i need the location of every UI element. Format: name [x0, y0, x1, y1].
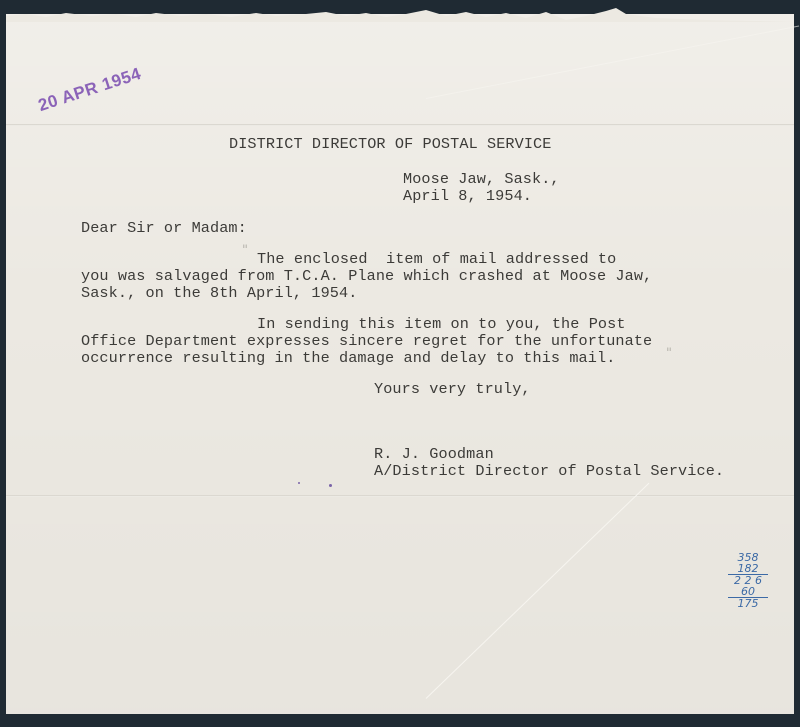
letter-location: Moose Jaw, Sask.,	[403, 171, 560, 188]
paragraph1-line3: Sask., on the 8th April, 1954.	[81, 285, 357, 302]
calc-line: 60	[728, 586, 768, 597]
handwritten-calculation: 358 182 2 2 6 60 175	[728, 552, 768, 609]
letter-heading: DISTRICT DIRECTOR OF POSTAL SERVICE	[229, 136, 552, 153]
calc-line: 182	[728, 563, 768, 574]
paragraph2-line3: occurrence resulting in the damage and d…	[81, 350, 615, 367]
paragraph1-line2: you was salvaged from T.C.A. Plane which…	[81, 268, 652, 285]
letter-date: April 8, 1954.	[403, 188, 532, 205]
salutation: Dear Sir or Madam:	[81, 220, 247, 237]
fold-line-top	[6, 124, 794, 126]
paragraph1-line1: The enclosed item of mail addressed to	[257, 251, 616, 268]
signer-title: A/District Director of Postal Service.	[374, 463, 724, 480]
received-date-stamp: 20 APR 1954	[36, 64, 144, 116]
open-quote-mark: "	[242, 243, 248, 258]
ink-speck	[298, 482, 300, 484]
ink-speck	[329, 484, 332, 487]
paragraph2-line1: In sending this item on to you, the Post	[257, 316, 626, 333]
diagonal-crease	[426, 483, 650, 699]
close-quote-mark: "	[666, 346, 672, 361]
diagonal-crease-upper	[426, 26, 799, 99]
letter-sheet: 20 APR 1954 DISTRICT DIRECTOR OF POSTAL …	[6, 14, 794, 714]
closing: Yours very truly,	[374, 381, 531, 398]
signer-name: R. J. Goodman	[374, 446, 494, 463]
paragraph2-line2: Office Department expresses sincere regr…	[81, 333, 652, 350]
torn-edge	[6, 8, 794, 22]
fold-line-bottom	[6, 495, 794, 497]
calc-line: 175	[728, 597, 768, 609]
